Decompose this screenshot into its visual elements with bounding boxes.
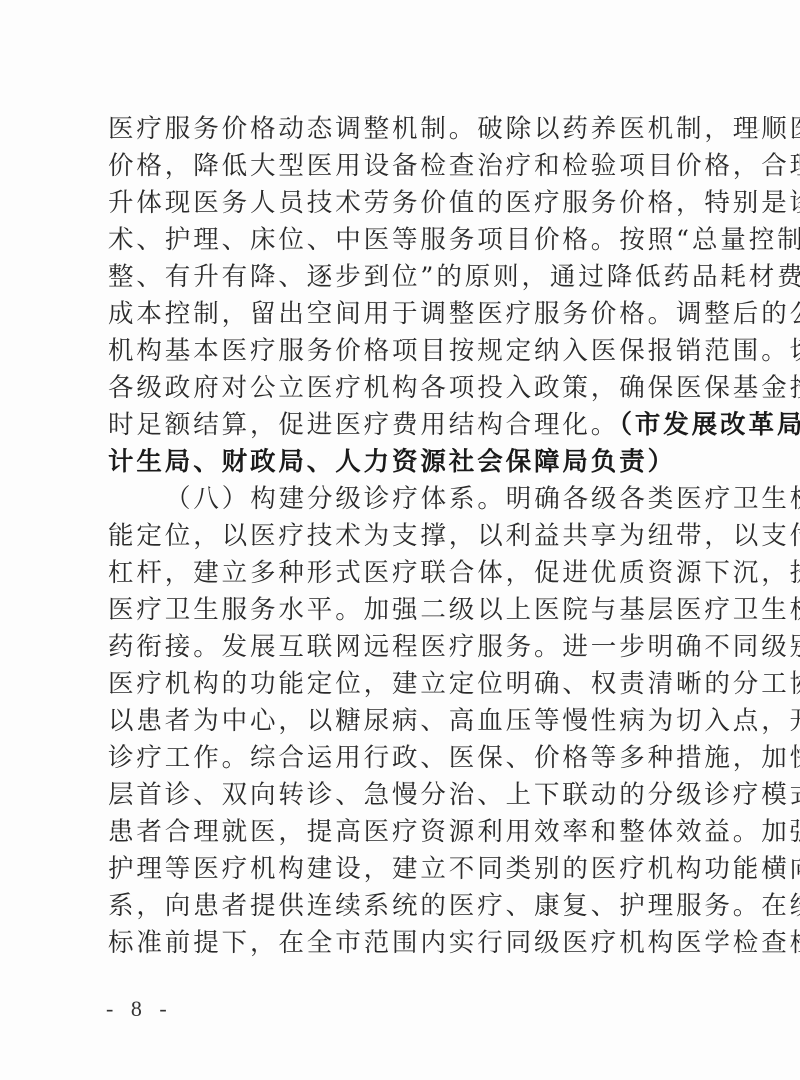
text-line: 价格，降低大型医用设备检查治疗和检验项目价格，合理调整提 xyxy=(108,148,688,185)
text-line: 医疗卫生服务水平。加强二级以上医院与基层医疗卫生机构的用 xyxy=(108,592,688,629)
text-line: 医疗服务价格动态调整机制。破除以药养医机制，理顺医疗服务 xyxy=(108,111,688,148)
text-line: 层首诊、双向转诊、急慢分治、上下联动的分级诊疗模式，引导 xyxy=(108,777,688,814)
page-number: - 8 - xyxy=(106,996,173,1022)
text-line: 术、护理、床位、中医等服务项目价格。按照“总量控制、结构调 xyxy=(108,222,688,259)
responsible-departments-note: （市发展改革局、卫生 xyxy=(619,410,800,440)
responsible-departments-note: 计生局、财政局、人力资源社会保障局负责） xyxy=(108,444,688,481)
text-line: 医疗机构的功能定位，建立定位明确、权责清晰的分工协作机制。 xyxy=(108,666,688,703)
text-line: 以患者为中心，以糖尿病、高血压等慢性病为切入点，开展分级 xyxy=(108,703,688,740)
section-heading-line: （八）构建分级诊疗体系。明确各级各类医疗卫生机构的功 xyxy=(108,481,688,518)
text-line: 患者合理就医，提高医疗资源利用效率和整体效益。加强康复、 xyxy=(108,814,688,851)
text-line: 各级政府对公立医疗机构各项投入政策，确保医保基金按规定及 xyxy=(108,370,688,407)
paragraph-tiered-diagnosis: （八）构建分级诊疗体系。明确各级各类医疗卫生机构的功 能定位，以医疗技术为支撑，… xyxy=(108,481,688,962)
text-line: 杠杆，建立多种形式医疗联合体，促进优质资源下沉，提升县域 xyxy=(108,555,688,592)
text-segment: 时足额结算，促进医疗费用结构合理化。 xyxy=(108,410,619,440)
paragraph-price-adjustment: 医疗服务价格动态调整机制。破除以药养医机制，理顺医疗服务 价格，降低大型医用设备… xyxy=(108,111,688,481)
text-line: 标准前提下，在全市范围内实行同级医疗机构医学检查检验结果 xyxy=(108,925,688,962)
document-page: 医疗服务价格动态调整机制。破除以药养医机制，理顺医疗服务 价格，降低大型医用设备… xyxy=(0,0,800,1080)
document-body: 医疗服务价格动态调整机制。破除以药养医机制，理顺医疗服务 价格，降低大型医用设备… xyxy=(108,111,688,962)
text-line: 诊疗工作。综合运用行政、医保、价格等多种措施，加快建立基 xyxy=(108,740,688,777)
text-line: 药衔接。发展互联网远程医疗服务。进一步明确不同级别、类别 xyxy=(108,629,688,666)
text-line: 机构基本医疗服务价格项目按规定纳入医保报销范围。切实落实 xyxy=(108,333,688,370)
text-line: 升体现医务人员技术劳务价值的医疗服务价格，特别是诊疗、手 xyxy=(108,185,688,222)
text-line: 整、有升有降、逐步到位”的原则，通过降低药品耗材费用和加强 xyxy=(108,259,688,296)
text-line: 成本控制，留出空间用于调整医疗服务价格。调整后的公立医疗 xyxy=(108,296,688,333)
text-line: 能定位，以医疗技术为支撑，以利益共享为纽带，以支付方式为 xyxy=(108,518,688,555)
text-line: 护理等医疗机构建设，建立不同类别的医疗机构功能横向互补体 xyxy=(108,851,688,888)
text-line: 系，向患者提供连续系统的医疗、康复、护理服务。在统一质量 xyxy=(108,888,688,925)
text-line-mixed: 时足额结算，促进医疗费用结构合理化。（市发展改革局、卫生 xyxy=(108,407,688,444)
